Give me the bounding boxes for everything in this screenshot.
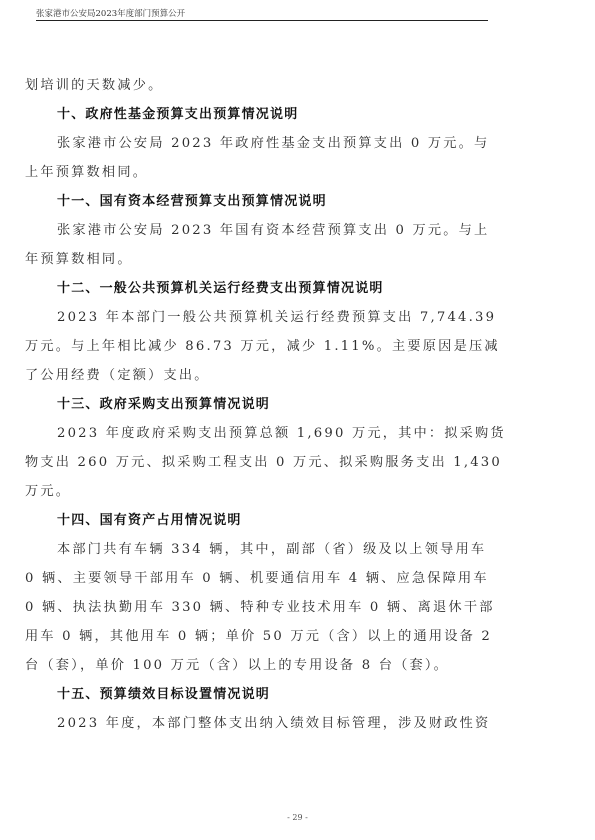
paragraph-line: 用车 0 辆，其他用车 0 辆；单价 50 万元（含）以上的通用设备 2	[25, 622, 490, 651]
section-heading-12: 十二、一般公共预算机关运行经费支出预算情况说明	[25, 274, 490, 303]
paragraph-line: 年预算数相同。	[25, 245, 490, 274]
running-header: 张家港市公安局2023年度部门预算公开	[36, 8, 488, 20]
section-heading-15: 十五、预算绩效目标设置情况说明	[25, 680, 490, 709]
paragraph-line: 本部门共有车辆 334 辆，其中，副部（省）级及以上领导用车	[25, 535, 490, 564]
paragraph-line: 了公用经费（定额）支出。	[25, 361, 490, 390]
paragraph-line: 万元。与上年相比减少 86.73 万元，减少 1.11%。主要原因是压减	[25, 332, 490, 361]
page-number: - 29 -	[0, 813, 595, 822]
paragraph-line: 张家港市公安局 2023 年政府性基金支出预算支出 0 万元。与	[25, 129, 490, 158]
paragraph-line: 台（套），单价 100 万元（含）以上的专用设备 8 台（套）。	[25, 651, 490, 680]
paragraph-line: 2023 年度政府采购支出预算总额 1,690 万元，其中：拟采购货	[25, 419, 490, 448]
section-heading-11: 十一、国有资本经营预算支出预算情况说明	[25, 187, 490, 216]
paragraph-line: 物支出 260 万元、拟采购工程支出 0 万元、拟采购服务支出 1,430	[25, 448, 490, 477]
paragraph-line: 2023 年本部门一般公共预算机关运行经费预算支出 7,744.39	[25, 303, 490, 332]
paragraph-line: 上年预算数相同。	[25, 158, 490, 187]
section-heading-14: 十四、国有资产占用情况说明	[25, 506, 490, 535]
section-heading-10: 十、政府性基金预算支出预算情况说明	[25, 100, 490, 129]
document-body: 划培训的天数减少。 十、政府性基金预算支出预算情况说明 张家港市公安局 2023…	[25, 71, 490, 738]
paragraph-line: 万元。	[25, 477, 490, 506]
paragraph-line: 张家港市公安局 2023 年国有资本经营预算支出 0 万元。与上	[25, 216, 490, 245]
section-heading-13: 十三、政府采购支出预算情况说明	[25, 390, 490, 419]
header-divider	[36, 20, 488, 21]
paragraph-line: 划培训的天数减少。	[25, 71, 490, 100]
paragraph-line: 2023 年度，本部门整体支出纳入绩效目标管理，涉及财政性资	[25, 709, 490, 738]
paragraph-line: 0 辆、主要领导干部用车 0 辆、机要通信用车 4 辆、应急保障用车	[25, 564, 490, 593]
paragraph-line: 0 辆、执法执勤用车 330 辆、特种专业技术用车 0 辆、离退休干部	[25, 593, 490, 622]
